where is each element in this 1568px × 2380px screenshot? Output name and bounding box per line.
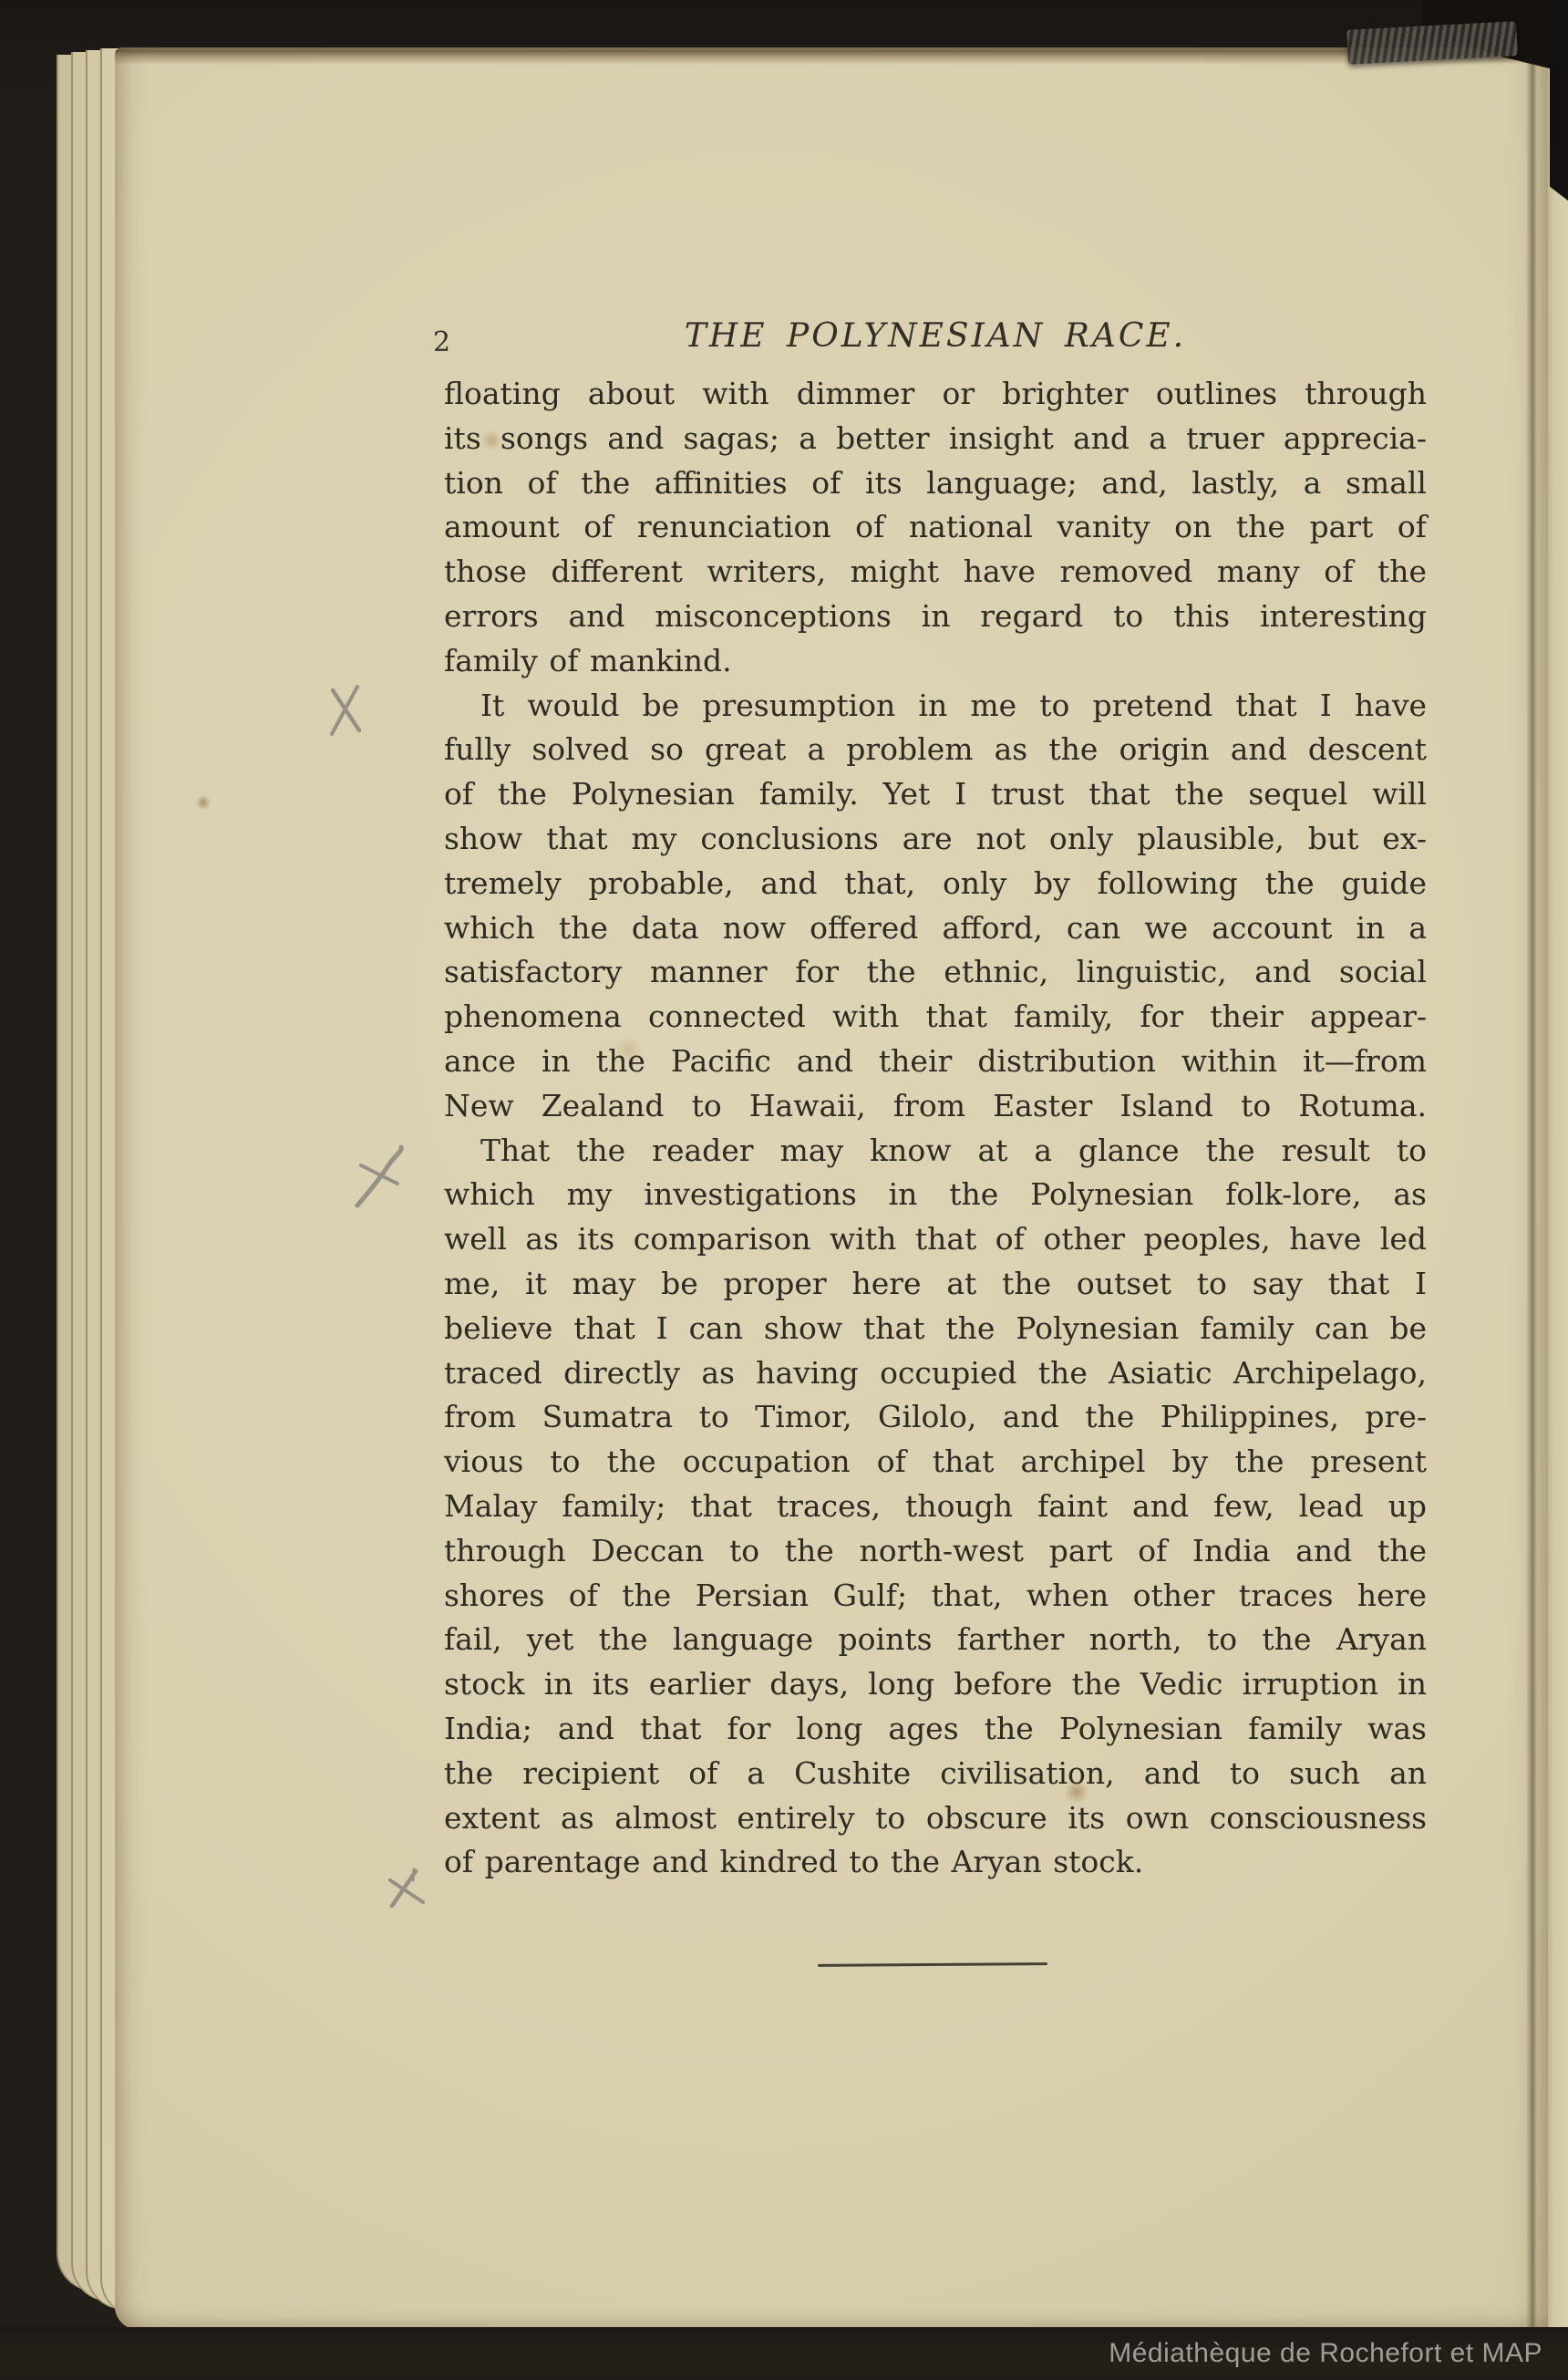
book-cover-edge [1550,0,1568,201]
text-line: show that my conclusions are not only pl… [444,817,1427,862]
text-line: vious to the occupation of that archipel… [444,1440,1427,1485]
page-gutter-crease [1526,47,1537,2330]
text-line: of parentage and kindred to the Aryan st… [444,1840,1427,1885]
pencil-x-mark [350,1142,408,1209]
text-line: tremely probable, and that, only by foll… [444,862,1427,906]
text-line: well as its comparison with that of othe… [444,1217,1427,1262]
page-top-deckle-edge [115,47,1548,65]
text-line: errors and misconceptions in regard to t… [444,595,1427,639]
paragraph: That the reader may know at a glance the… [444,1129,1427,1886]
text-line: me, it may be proper here at the outset … [444,1262,1427,1307]
text-line: ance in the Pacific and their distributi… [444,1040,1427,1084]
text-line: those different writers, might have remo… [444,550,1427,595]
text-line: stock in its earlier days, long before t… [444,1662,1427,1707]
text-line: which my investigations in the Polynesia… [444,1173,1427,1217]
text-line: floating about with dimmer or brighter o… [444,372,1427,417]
text-line: which the data now offered afford, can w… [444,906,1427,951]
paragraph: floating about with dimmer or brighter o… [444,372,1427,684]
library-watermark: Médiathèque de Rochefort et MAP [1109,2338,1542,2369]
pencil-x-mark [326,681,365,738]
text-line: tion of the affinities of its language; … [444,461,1427,506]
text-line: the recipient of a Cushite civilisation,… [444,1752,1427,1796]
book-page: 2 THE POLYNESIAN RACE. floating about wi… [115,47,1548,2330]
paragraph: It would be presumption in me to pretend… [444,684,1427,1129]
scanned-book-photo: 2 THE POLYNESIAN RACE. floating about wi… [0,0,1568,2380]
text-line: New Zealand to Hawaii, from Easter Islan… [444,1084,1427,1129]
running-head: 2 THE POLYNESIAN RACE. [444,317,1427,365]
text-line: through Deccan to the north-west part of… [444,1529,1427,1574]
pencil-x-mark [383,1868,428,1909]
text-line: its songs and sagas; a better insight an… [444,417,1427,461]
text-line: shores of the Persian Gulf; that, when o… [444,1574,1427,1619]
text-line: fully solved so great a problem as the o… [444,728,1427,772]
running-title: THE POLYNESIAN RACE. [444,317,1427,355]
text-line: amount of renunciation of national vanit… [444,505,1427,550]
text-line: Malay family; that traces, though faint … [444,1485,1427,1529]
text-line: That the reader may know at a glance the… [444,1129,1427,1174]
text-line: It would be presumption in me to pretend… [444,684,1427,729]
paper-stain [195,795,211,810]
text-line: fail, yet the language points farther no… [444,1618,1427,1662]
text-line: satisfactory manner for the ethnic, ling… [444,950,1427,995]
text-line: believe that I can show that the Polynes… [444,1307,1427,1351]
text-line: extent as almost entirely to obscure its… [444,1796,1427,1841]
text-line: family of mankind. [444,639,1427,684]
text-line: traced directly as having occupied the A… [444,1351,1427,1396]
body-text: floating about with dimmer or brighter o… [444,372,1427,1885]
photo-bottom-band: Médiathèque de Rochefort et MAP [0,2327,1568,2380]
text-line: of the Polynesian family. Yet I trust th… [444,772,1427,817]
text-line: India; and that for long ages the Polyne… [444,1707,1427,1752]
section-divider-rule [818,1962,1047,1967]
text-line: phenomena connected with that family, fo… [444,995,1427,1040]
text-line: from Sumatra to Timor, Gilolo, and the P… [444,1395,1427,1440]
